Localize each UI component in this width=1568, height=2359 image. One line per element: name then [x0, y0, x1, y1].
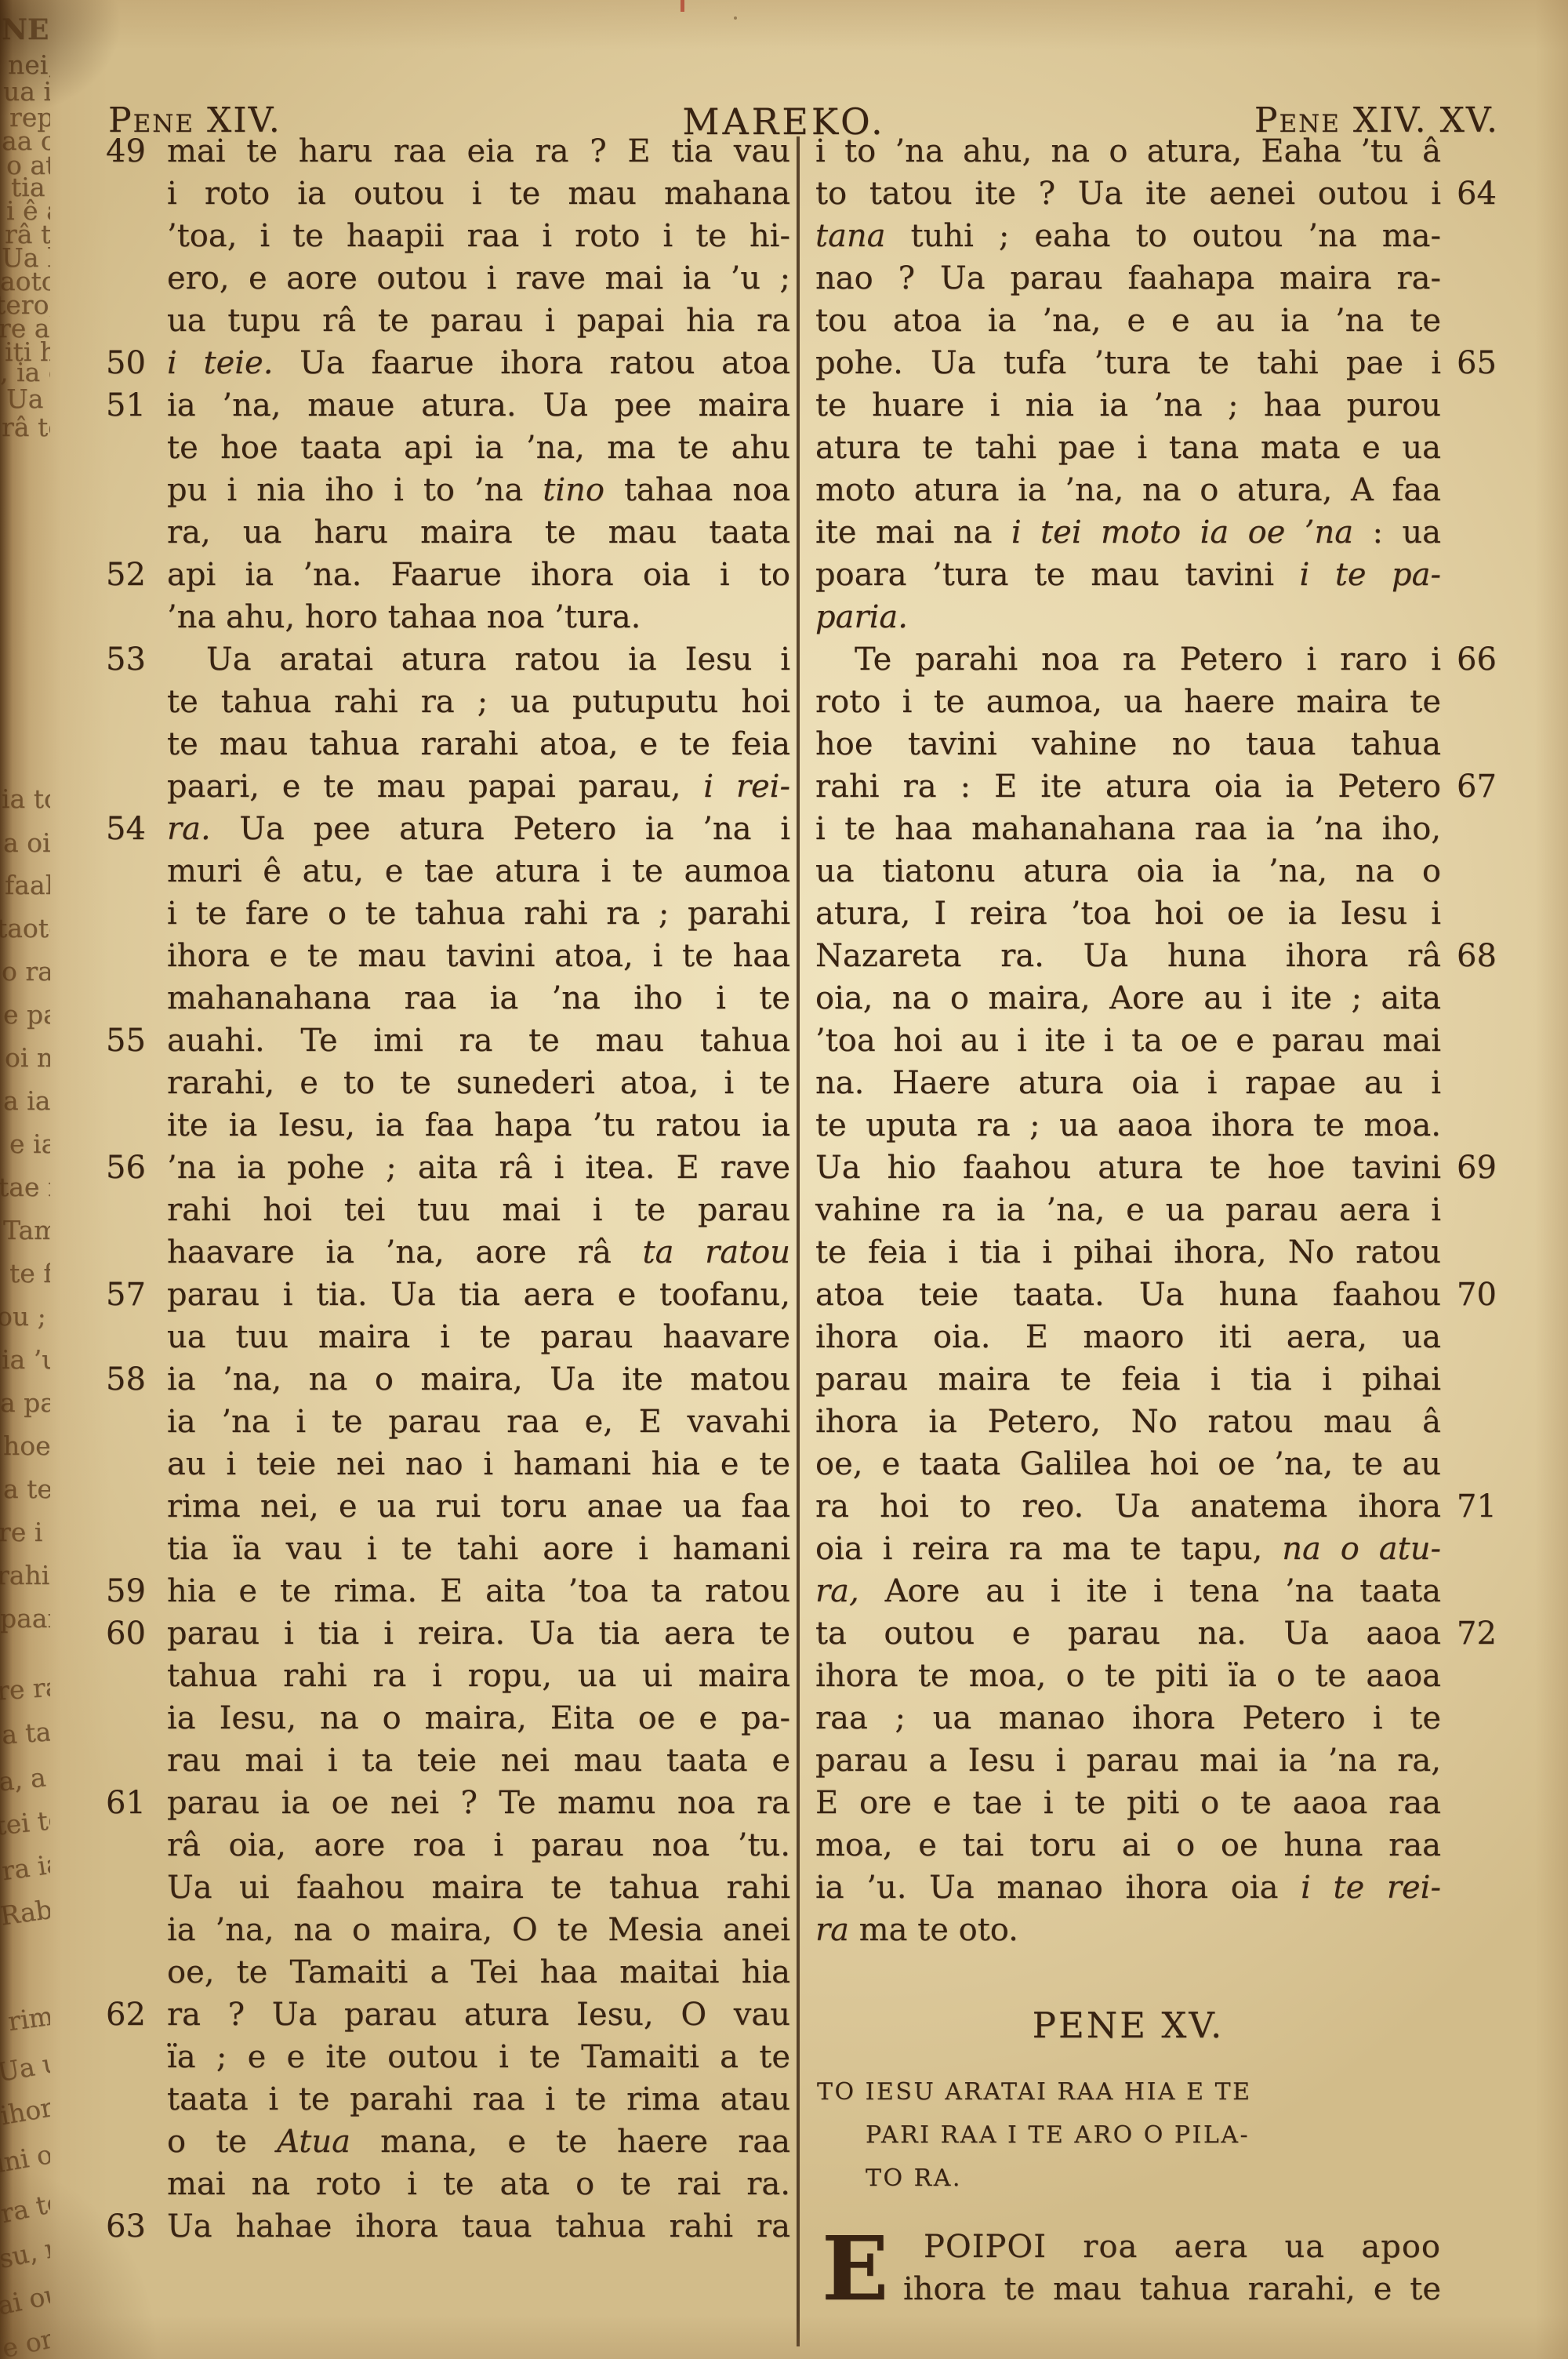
verse-number: 64	[1457, 173, 1531, 215]
text-run: ite mai na	[815, 514, 1011, 551]
text-run: parau i tia i reira. Ua tia aera te	[167, 1616, 790, 1652]
right-text-column: i to ’na ahu, na o atura, Eaha ’tu â64to…	[815, 130, 1441, 1951]
text-run: oia i reira ra ma te tapu,	[815, 1531, 1282, 1567]
italic-text-run: i teie.	[167, 345, 273, 381]
text-run: ’na ahu, horo tahaa noa ’tura.	[167, 599, 641, 635]
italic-text-run: na o atu-	[1282, 1531, 1441, 1567]
text-line: 60parau i tia i reira. Ua tia aera te	[167, 1612, 790, 1655]
text-line: ihora te moa, o te piti ïa o te aaoa	[815, 1655, 1441, 1697]
red-ink-mark	[681, 0, 684, 12]
facing-page-text-fragment: a, a ar	[0, 1761, 50, 1795]
text-run: mai na roto i te ata o te rai ra.	[167, 2166, 790, 2202]
text-line: ra ma te oto.	[815, 1909, 1441, 1951]
verse-number: 54	[106, 808, 161, 850]
text-line: te hoe taata api ia ’na, ma te ahu	[167, 427, 790, 469]
text-line: oe, e taata Galilea hoi oe ’na, te au	[815, 1443, 1441, 1485]
facing-page-text-fragment: a para	[0, 1390, 50, 1416]
facing-page-text-fragment: ihora	[0, 2092, 50, 2129]
text-run: Nazareta ra. Ua huna ihora râ	[815, 938, 1441, 974]
text-run: rau mai i ta teie nei mau taata e	[167, 1743, 790, 1779]
text-line: oia i reira ra ma te tapu, na o atu-	[815, 1528, 1441, 1570]
text-line: au i teie nei nao i hamani hia e te	[167, 1443, 790, 1485]
facing-page-text-fragment: o ratou	[2, 958, 50, 984]
facing-page-text-fragment: re i to	[0, 1519, 50, 1545]
text-run: atoa teie taata. Ua huna faahou	[815, 1277, 1441, 1313]
italic-text-run: i tei moto ia oe ’na	[1011, 514, 1353, 551]
text-run: ia ’u. Ua manao ihora oia	[815, 1870, 1301, 1906]
text-line: o te Atua mana, e te haere raa	[167, 2121, 790, 2163]
facing-page-text-fragment: Tama	[3, 1217, 50, 1243]
text-line: ia ’na i te parau raa e, E vavahi	[167, 1401, 790, 1443]
text-run: POIPOI roa aera ua apoo	[924, 2229, 1441, 2265]
facing-page-text-fragment: NE X	[2, 17, 50, 43]
text-run: Te parahi noa ra Petero i raro i	[855, 642, 1441, 678]
text-line: oia, na o maira, Aore au i ite ; aita	[815, 977, 1441, 1020]
facing-page-text-fragment: a oia	[3, 830, 50, 856]
text-run: tahua rahi ra i ropu, ua ui maira	[167, 1658, 790, 1694]
verse-number: 70	[1457, 1274, 1531, 1316]
text-run: atura te tahi pae i tana mata e ua	[815, 430, 1441, 466]
verse-number: 72	[1457, 1612, 1531, 1655]
text-line: Ua ui faahou maira te tahua rahi	[167, 1866, 790, 1909]
verse-number: 69	[1457, 1147, 1531, 1189]
verse-number: 53	[106, 638, 161, 681]
text-run: ta outou e parau na. Ua aaoa	[815, 1616, 1441, 1652]
facing-page-text-fragment: tae i t	[0, 1174, 50, 1200]
text-line: ihora ia Petero, No ratou mau â	[815, 1401, 1441, 1443]
text-line: oe, te Tamaiti a Tei haa maitai hia	[167, 1951, 790, 1994]
text-line: raa ; ua manao ihora Petero i te	[815, 1697, 1441, 1739]
facing-page-text-fragment: rima	[6, 2001, 50, 2034]
text-line: paria.	[815, 596, 1441, 638]
chapter-heading: PENE XV.	[815, 2005, 1441, 2046]
text-line: ia ’na, na o maira, O te Mesia anei	[167, 1909, 790, 1951]
text-run: paari, e te mau papai parau,	[167, 769, 703, 805]
verse-number: 57	[106, 1274, 161, 1316]
text-run: parau maira te feia i tia i pihai	[815, 1361, 1441, 1398]
text-line: te feia i tia i pihai ihora, No ratou	[815, 1231, 1441, 1274]
text-run: te tahua rahi ra ; ua putuputu hoi	[167, 684, 790, 720]
text-line: 55auahi. Te imi ra te mau tahua	[167, 1020, 790, 1062]
verse-number: 58	[106, 1358, 161, 1401]
text-run: ua tuu maira i te parau haavare	[167, 1319, 790, 1355]
facing-page-text-fragment: oi mai	[5, 1045, 50, 1070]
italic-text-run: ra,	[815, 1573, 859, 1609]
verse-number: 50	[106, 342, 161, 384]
text-line: ua tupu râ te parau i papai hia ra	[167, 300, 790, 342]
text-run: o te	[167, 2124, 277, 2160]
facing-page-text-fragment: hoe o	[3, 1433, 50, 1459]
text-line: mai na roto i te ata o te rai ra.	[167, 2163, 790, 2205]
text-run: roto i te aumoa, ua haere maira te	[815, 684, 1441, 720]
text-line: atura te tahi pae i tana mata e ua	[815, 427, 1441, 469]
subtitle-line: TO RA.	[817, 2157, 1444, 2200]
text-line: 49mai te haru raa eia ra ? E tia vau	[167, 130, 790, 173]
text-line: 61parau ia oe nei ? Te mamu noa ra	[167, 1782, 790, 1824]
text-line: ua tuu maira i te parau haavare	[167, 1316, 790, 1358]
text-run: to tatou ite ? Ua ite aenei outou i	[815, 176, 1441, 212]
text-run: i roto ia outou i te mau mahana	[167, 176, 790, 212]
text-line: haavare ia ’na, aore râ ta ratou	[167, 1231, 790, 1274]
text-run: parau i tia. Ua tia aera e toofanu,	[167, 1277, 790, 1313]
text-line: tia ïa vau i te tahi aore i hamani	[167, 1528, 790, 1570]
text-run: ia ’na i te parau raa e, E vavahi	[167, 1404, 790, 1440]
text-run: tahaa noa	[604, 472, 790, 508]
text-run: ra, ua haru maira te mau taata	[167, 514, 790, 551]
text-line: te uputa ra ; ua aaoa ihora te moa.	[815, 1104, 1441, 1147]
text-run: taata i te parahi raa i te rima atau	[167, 2081, 790, 2117]
text-line: ite ia Iesu, ia faa hapa ’tu ratou ia	[167, 1104, 790, 1147]
drop-cap: E	[822, 2229, 888, 2310]
subtitle-line: TO IESU ARATAI RAA HIA E TE	[817, 2070, 1444, 2114]
text-line: 56’na ia pohe ; aita râ i itea. E rave	[167, 1147, 790, 1189]
text-run: rarahi, e to te sunederi atoa, i te	[167, 1065, 790, 1101]
text-run: ra hoi to reo. Ua anatema ihora	[815, 1488, 1441, 1525]
text-line: pu i nia iho i to ’na tino tahaa noa	[167, 469, 790, 511]
text-line: parau maira te feia i tia i pihai	[815, 1358, 1441, 1401]
text-run: ’toa, i te haapii raa i roto i te hi-	[167, 218, 790, 254]
text-line: paari, e te mau papai parau, i rei-	[167, 765, 790, 808]
italic-text-run: ra	[815, 1912, 849, 1948]
text-run: ia ’na, na o maira, Ua ite matou	[167, 1361, 790, 1398]
verse-number: 62	[106, 1994, 161, 2036]
facing-page-text-fragment: e ia a	[9, 1131, 50, 1157]
text-line: ua tiatonu atura oia ia ’na, na o	[815, 850, 1441, 892]
text-line: i te haa mahanahana raa ia ’na iho,	[815, 808, 1441, 850]
gutter-facing-page-fragments: NE Xnei, eua itirepo,aa orao atu-tia tei…	[0, 0, 50, 2359]
text-run: te feia i tia i pihai ihora, No ratou	[815, 1234, 1441, 1270]
text-run: hoe tavini vahine no taua tahua	[815, 726, 1441, 762]
text-line: ra, ua haru maira te mau taata	[167, 511, 790, 554]
text-run: Ua pee atura Petero ia ’na i	[211, 811, 790, 847]
text-run: ihora te moa, o te piti ïa o te aaoa	[815, 1658, 1441, 1694]
text-run: parau ia oe nei ? Te mamu noa ra	[167, 1785, 790, 1821]
text-line: 57parau i tia. Ua tia aera e toofanu,	[167, 1274, 790, 1316]
text-run: ïa ; e e ite outou i te Tamaiti a te	[167, 2039, 790, 2075]
text-run: Ua ui faahou maira te tahua rahi	[167, 1870, 790, 1906]
facing-page-text-fragment: nei, e	[8, 52, 50, 78]
paper-speck	[734, 16, 737, 20]
text-run: raa ; ua manao ihora Petero i te	[815, 1700, 1441, 1736]
text-run: rima nei, e ua rui toru anae ua faa	[167, 1488, 790, 1525]
text-line: moto atura ia ’na, na o atura, A faa	[815, 469, 1441, 511]
text-line: 65pohe. Ua tufa ’tura te tahi pae i	[815, 342, 1441, 384]
verse-number: 49	[106, 130, 161, 173]
text-run: Aore au i ite i tena ’na taata	[859, 1573, 1441, 1609]
text-run: ihora oia. E maoro iti aera, ua	[815, 1319, 1441, 1355]
text-run: ihora e te mau tavini atoa, i te haa	[167, 938, 790, 974]
text-line: 50i teie. Ua faarue ihora ratou atoa	[167, 342, 790, 384]
text-run: mahanahana raa ia ’na iho i te	[167, 980, 790, 1016]
verse-number: 71	[1457, 1485, 1531, 1528]
italic-text-run: paria.	[815, 599, 908, 635]
text-line: 68Nazareta ra. Ua huna ihora râ	[815, 935, 1441, 977]
italic-text-run: ra.	[167, 811, 211, 847]
text-run: pu i nia iho i to ’na	[167, 472, 543, 508]
verse-number: 61	[106, 1782, 161, 1824]
italic-text-run: tino	[543, 472, 604, 508]
chapter-subtitle: TO IESU ARATAI RAA HIA E TE PARI RAA I T…	[817, 2070, 1444, 2200]
text-line: 66Te parahi noa ra Petero i raro i	[815, 638, 1441, 681]
text-line: rahi hoi tei tuu mai i te parau	[167, 1189, 790, 1231]
verse-number: 59	[106, 1570, 161, 1612]
italic-text-run: tana	[815, 218, 886, 254]
facing-page-text-fragment: paari n	[0, 1605, 50, 1631]
facing-page-text-fragment: ai outo	[0, 2274, 50, 2318]
text-line: ia ’u. Ua manao ihora oia i te rei-	[815, 1866, 1441, 1909]
facing-page-text-fragment: re ra i	[0, 1672, 50, 1703]
text-line: tou atoa ia ’na, e e au ia ’na te	[815, 300, 1441, 342]
text-line: 70atoa teie taata. Ua huna faahou	[815, 1274, 1441, 1316]
text-line: 64to tatou ite ? Ua ite aenei outou i	[815, 173, 1441, 215]
text-line: vahine ra ia ’na, e ua parau aera i	[815, 1189, 1441, 1231]
facing-page-text-fragment: Ua unuh	[0, 2041, 50, 2085]
text-line: ihora oia. E maoro iti aera, ua	[815, 1316, 1441, 1358]
text-run: ua tupu râ te parau i papai hia ra	[167, 303, 790, 339]
facing-page-text-fragment: e oma	[0, 2320, 50, 2359]
text-run: te uputa ra ; ua aaoa ihora te moa.	[815, 1107, 1441, 1143]
text-line: ’na ahu, horo tahaa noa ’tura.	[167, 596, 790, 638]
text-run: muri ê atu, e tae atura i te aumoa	[167, 853, 790, 889]
text-run: rahi hoi tei tuu mai i te parau	[167, 1192, 790, 1228]
text-run: te hoe taata api ia ’na, ma te ahu	[167, 430, 790, 466]
text-line: ïa ; e e ite outou i te Tamaiti a te	[167, 2036, 790, 2078]
facing-page-text-fragment: Ua fa	[6, 386, 50, 412]
facing-page-text-fragment: su, na	[0, 2230, 50, 2272]
italic-text-run: Atua	[277, 2124, 350, 2160]
verse-number: 55	[106, 1020, 161, 1062]
text-line: E ore e tae i te piti o te aaoa raa	[815, 1782, 1441, 1824]
text-run: ia ’na, na o maira, O te Mesia anei	[167, 1912, 790, 1948]
text-run: râ oia, aore roa i parau noa ’tu.	[167, 1827, 790, 1863]
text-line: nao ? Ua parau faahapa maira ra-	[815, 257, 1441, 300]
text-run: ma te oto.	[849, 1912, 1018, 1948]
text-line: ero, e aore outou i rave mai ia ’u ;	[167, 257, 790, 300]
verse-number: 65	[1457, 342, 1531, 384]
facing-page-text-fragment: a te ti	[3, 1476, 50, 1502]
italic-text-run: i te rei-	[1301, 1870, 1441, 1906]
facing-page-text-fragment: a ta ’u	[1, 1716, 50, 1747]
italic-text-run: i te pa-	[1300, 557, 1441, 593]
text-line: ’toa, i te haapii raa i roto i te hi-	[167, 215, 790, 257]
text-run: : ua	[1353, 514, 1441, 551]
text-line: ia Iesu, na o maira, Eita oe e pa-	[167, 1697, 790, 1739]
verse-number: 52	[106, 554, 161, 596]
italic-text-run: ta ratou	[643, 1234, 791, 1270]
left-text-column: 49mai te haru raa eia ra ? E tia vaui ro…	[167, 130, 790, 2248]
text-line: 59hia e te rima. E aita ’toa ta ratou	[167, 1570, 790, 1612]
text-run: ia Iesu, na o maira, Eita oe e pa-	[167, 1700, 790, 1736]
facing-page-text-fragment: , ia oe	[0, 359, 50, 385]
facing-page-text-fragment: taoto n	[0, 915, 50, 941]
text-line: rarahi, e to te sunederi atoa, i te	[167, 1062, 790, 1104]
text-run: mai te haru raa eia ra ? E tia vau	[167, 133, 790, 169]
text-line: hoe tavini vahine no taua tahua	[815, 723, 1441, 765]
text-run: na. Haere atura oia i rapae au i	[815, 1065, 1441, 1101]
text-line: te mau tahua rarahi atoa, e te feia	[167, 723, 790, 765]
facing-page-text-fragment: ra to ’n	[0, 2182, 50, 2227]
verse-number: 56	[106, 1147, 161, 1189]
facing-page-text-fragment: faaho	[5, 872, 50, 898]
text-run: E ore e tae i te piti o te aaoa raa	[815, 1785, 1441, 1821]
text-line: i te fare o te tahua rahi ra ; parahi	[167, 892, 790, 935]
facing-page-text-fragment: tei te t	[0, 1804, 50, 1838]
text-run: hia e te rima. E aita ’toa ta ratou	[167, 1573, 790, 1609]
text-line: ite mai na i tei moto ia oe ’na : ua	[815, 511, 1441, 554]
text-run: tuhi ; eaha to outou ’na ma-	[886, 218, 1441, 254]
text-run: vahine ra ia ’na, e ua parau aera i	[815, 1192, 1441, 1228]
text-line: tana tuhi ; eaha to outou ’na ma-	[815, 215, 1441, 257]
text-run: ihora ia Petero, No ratou mau â	[815, 1404, 1441, 1440]
text-run: Ua aratai atura ratou ia Iesu i	[206, 642, 790, 678]
text-line: moa, e tai toru ai o oe huna raa	[815, 1824, 1441, 1866]
text-line: 62ra ? Ua parau atura Iesu, O vau	[167, 1994, 790, 2036]
text-line: na. Haere atura oia i rapae au i	[815, 1062, 1441, 1104]
text-run: ero, e aore outou i rave mai ia ’u ;	[167, 260, 790, 296]
text-run: ia ’na, maue atura. Ua pee maira	[167, 387, 790, 423]
text-line: 69Ua hio faahou atura te hoe tavini	[815, 1147, 1441, 1189]
subtitle-line: PARI RAA I TE ARO O PILA-	[817, 2114, 1444, 2157]
text-run: Ua hio faahou atura te hoe tavini	[815, 1150, 1441, 1186]
facing-page-text-fragment: râ to	[2, 414, 50, 440]
facing-page-text-fragment: rahi, e	[0, 1562, 50, 1588]
column-divider-rule	[797, 136, 800, 2346]
text-run: nao ? Ua parau faahapa maira ra-	[815, 260, 1441, 296]
text-run: pohe. Ua tufa ’tura te tahi pae i	[815, 345, 1441, 381]
facing-page-text-fragment: ia to	[2, 786, 50, 812]
text-line: 63Ua hahae ihora taua tahua rahi ra	[167, 2205, 790, 2248]
facing-page-text-fragment: e para	[3, 1001, 50, 1027]
text-line: atura, I reira ’toa hoi oe ia Iesu i	[815, 892, 1441, 935]
text-line: 71ra hoi to reo. Ua anatema ihora	[815, 1485, 1441, 1528]
text-line: râ oia, aore roa i parau noa ’tu.	[167, 1824, 790, 1866]
facing-page-text-fragment: te fe	[9, 1260, 50, 1286]
text-run: auahi. Te imi ra te mau tahua	[167, 1023, 790, 1059]
text-run: parau a Iesu i parau mai ia ’na ra,	[815, 1743, 1441, 1779]
text-line: tahua rahi ra i ropu, ua ui maira	[167, 1655, 790, 1697]
text-run: Ua hahae ihora taua tahua rahi ra	[167, 2208, 790, 2245]
text-run: i te haa mahanahana raa ia ’na iho,	[815, 811, 1441, 847]
text-line: 67rahi ra : E ite atura oia ia Petero	[815, 765, 1441, 808]
facing-page-text-fragment: Rabi ;	[0, 1892, 50, 1928]
verse-number: 67	[1457, 765, 1531, 808]
verse-number: 68	[1457, 935, 1531, 977]
text-line: mahanahana raa ia ’na iho i te	[167, 977, 790, 1020]
text-run: te mau tahua rarahi atoa, e te feia	[167, 726, 790, 762]
text-run: haavare ia ’na, aore râ	[167, 1234, 643, 1270]
verse-number: 60	[106, 1612, 161, 1655]
text-run: i te fare o te tahua rahi ra ; parahi	[167, 896, 790, 932]
text-line: 51ia ’na, maue atura. Ua pee maira	[167, 384, 790, 427]
text-line: parau a Iesu i parau mai ia ’na ra,	[815, 1739, 1441, 1782]
text-run: tia ïa vau i te tahi aore i hamani	[167, 1531, 790, 1567]
text-line: poara ’tura te mau tavini i te pa-	[815, 554, 1441, 596]
facing-page-text-fragment: ua iti	[3, 78, 50, 104]
facing-page-text-fragment: ou ; in	[0, 1303, 50, 1329]
text-line: POIPOI roa aera ua apoo	[924, 2226, 1441, 2268]
text-run: mana, e te haere raa	[350, 2124, 790, 2160]
text-line: 58ia ’na, na o maira, Ua ite matou	[167, 1358, 790, 1401]
facing-page-text-fragment: ia ’u ne	[2, 1347, 50, 1372]
text-run: poara ’tura te mau tavini	[815, 557, 1300, 593]
text-run: ’toa hoi au i ite i ta oe e parau mai	[815, 1023, 1441, 1059]
text-run: ’na ia pohe ; aita râ i itea. E rave	[167, 1150, 790, 1186]
text-run: i to ’na ahu, na o atura, Eaha ’tu â	[815, 133, 1441, 169]
text-line: te tahua rahi ra ; ua putuputu hoi	[167, 681, 790, 723]
text-run: ite ia Iesu, ia faa hapa ’tu ratou ia	[167, 1107, 790, 1143]
facing-page-text-fragment: a ia n	[3, 1088, 50, 1114]
scanned-book-page: NE Xnei, eua itirepo,aa orao atu-tia tei…	[0, 0, 1568, 2359]
text-run: rahi ra : E ite atura oia ia Petero	[815, 769, 1441, 805]
text-line: ’toa hoi au i ite i ta oe e parau mai	[815, 1020, 1441, 1062]
text-line: roto i te aumoa, ua haere maira te	[815, 681, 1441, 723]
text-line: 72ta outou e parau na. Ua aaoa	[815, 1612, 1441, 1655]
text-line: ra, Aore au i ite i tena ’na taata	[815, 1570, 1441, 1612]
text-run: moa, e tai toru ai o oe huna raa	[815, 1827, 1441, 1863]
text-line: taata i te parahi raa i te rima atau	[167, 2078, 790, 2121]
text-run: oia, na o maira, Aore au i ite ; aita	[815, 980, 1441, 1016]
verse-number: 51	[106, 384, 161, 427]
verse-number: 66	[1457, 638, 1531, 681]
text-run: Ua faarue ihora ratou atoa	[273, 345, 790, 381]
text-line: 52api ia ’na. Faarue ihora oia i to	[167, 554, 790, 596]
text-run: au i teie nei nao i hamani hia e te	[167, 1446, 790, 1482]
text-line: rima nei, e ua rui toru anae ua faa	[167, 1485, 790, 1528]
text-run: oe, e taata Galilea hoi oe ’na, te au	[815, 1446, 1441, 1482]
text-line: i to ’na ahu, na o atura, Eaha ’tu â	[815, 130, 1441, 173]
text-run: ra ? Ua parau atura Iesu, O vau	[167, 1997, 790, 2033]
text-line: muri ê atu, e tae atura i te aumoa	[167, 850, 790, 892]
facing-page-text-fragment: ra ia h	[0, 1847, 50, 1885]
text-run: api ia ’na. Faarue ihora oia i to	[167, 557, 790, 593]
text-line: te huare i nia ia ’na ; haa purou	[815, 384, 1441, 427]
text-line: i roto ia outou i te mau mahana	[167, 173, 790, 215]
text-line: ihora te mau tahua rarahi, e te	[903, 2268, 1441, 2310]
italic-text-run: i rei-	[703, 769, 790, 805]
verse-number: 63	[106, 2205, 161, 2248]
text-run: atura, I reira ’toa hoi oe ia Iesu i	[815, 896, 1441, 932]
text-run: te huare i nia ia ’na ; haa purou	[815, 387, 1441, 423]
facing-page-text-fragment: ini o t	[0, 2138, 50, 2176]
text-line: 54ra. Ua pee atura Petero ia ’na i	[167, 808, 790, 850]
text-run: tou atoa ia ’na, e e au ia ’na te	[815, 303, 1441, 339]
text-line: rau mai i ta teie nei mau taata e	[167, 1739, 790, 1782]
text-run: ua tiatonu atura oia ia ’na, na o	[815, 853, 1441, 889]
text-line: ihora e te mau tavini atoa, i te haa	[167, 935, 790, 977]
text-run: moto atura ia ’na, na o atura, A faa	[815, 472, 1441, 508]
text-line: 53Ua aratai atura ratou ia Iesu i	[167, 638, 790, 681]
text-run: oe, te Tamaiti a Tei haa maitai hia	[167, 1954, 790, 1990]
